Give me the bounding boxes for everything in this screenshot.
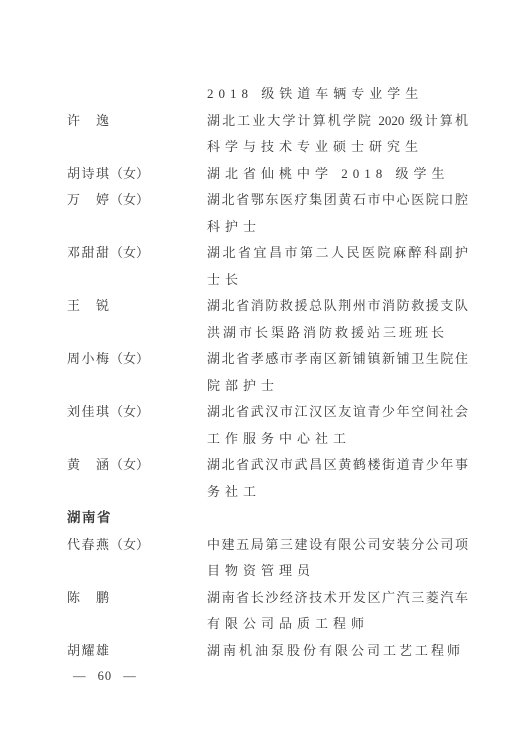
- person-name: 王锐: [67, 298, 109, 313]
- person-name: 胡诗琪: [67, 166, 109, 181]
- entry-row: 工作服务中心社工: [67, 431, 469, 458]
- gender-marker: （女）: [110, 351, 149, 366]
- name-column-cell: 邓甜甜 （女）: [67, 245, 207, 260]
- entry-row: 胡耀雄 湖南机油泵股份有限公司工艺工程师: [67, 643, 469, 670]
- entry-description-line: 2018 级铁道车辆专业学生: [207, 86, 468, 101]
- entry-description-line: 湖北省仙桃中学 2018 级学生: [207, 166, 468, 181]
- name-column-cell: 黄涵 （女）: [67, 457, 207, 472]
- person-name: 陈鹏: [67, 590, 109, 605]
- entry-description-line: 湖北省消防救援总队荆州市消防救援支队: [207, 298, 468, 313]
- gender-marker: （女）: [110, 192, 149, 207]
- person-name: 周小梅: [67, 351, 109, 366]
- entry-row: 周小梅 （女） 湖北省孝感市孝南区新铺镇新铺卫生院住: [67, 351, 469, 378]
- entry-description-line: 湖北省鄂东医疗集团黄石市中心医院口腔: [207, 192, 468, 207]
- name-column-cell: 许逸: [67, 113, 207, 128]
- entry-description-line: 有限公司品质工程师: [207, 616, 468, 631]
- person-name: 邓甜甜: [67, 245, 109, 260]
- name-column-cell: 陈鹏: [67, 590, 207, 605]
- entry-row: 许逸 湖北工业大学计算机学院 2020 级计算机: [67, 113, 469, 140]
- person-name: 刘佳琪: [67, 404, 109, 419]
- entry-description-line: 湖南机油泵股份有限公司工艺工程师: [207, 643, 468, 658]
- name-column-cell: 王锐: [67, 298, 207, 313]
- entry-description-line: 士长: [207, 272, 468, 287]
- entry-row: 务社工: [67, 484, 469, 511]
- name-column-cell: 胡耀雄: [67, 643, 207, 658]
- entry-row: 洪湖市长渠路消防救援站三班班长: [67, 325, 469, 352]
- entry-row: 邓甜甜 （女） 湖北省宜昌市第二人民医院麻醉科副护: [67, 245, 469, 272]
- entry-row: 王锐 湖北省消防救援总队荆州市消防救援支队: [67, 298, 469, 325]
- entry-description-line: 目物资管理员: [207, 563, 468, 578]
- entry-row: 陈鹏 湖南省长沙经济技术开发区广汽三菱汽车: [67, 590, 469, 617]
- name-column-cell: 万婷 （女）: [67, 192, 207, 207]
- page-number: — 60 —: [73, 669, 137, 683]
- gender-marker: （女）: [110, 245, 149, 260]
- name-column-cell: 刘佳琪 （女）: [67, 404, 207, 419]
- name-column-cell: 代春燕 （女）: [67, 537, 207, 552]
- name-column-cell: 胡诗琪 （女）: [67, 166, 207, 181]
- person-name: 胡耀雄: [67, 643, 109, 658]
- gender-marker: （女）: [110, 537, 149, 552]
- entry-row: 代春燕 （女） 中建五局第三建设有限公司安装分公司项: [67, 537, 469, 564]
- entry-description-line: 湖北省孝感市孝南区新铺镇新铺卫生院住: [207, 351, 468, 366]
- entry-row: 刘佳琪 （女） 湖北省武汉市江汉区友谊青少年空间社会: [67, 404, 469, 431]
- gender-marker: （女）: [110, 457, 149, 472]
- person-name: 黄涵: [67, 457, 109, 472]
- entry-description-line: 湖北省武汉市武昌区黄鹤楼街道青少年事: [207, 457, 468, 472]
- entry-row: 科护士: [67, 219, 469, 246]
- entry-row: 黄涵 （女） 湖北省武汉市武昌区黄鹤楼街道青少年事: [67, 457, 469, 484]
- entry-description-line: 院部护士: [207, 378, 468, 393]
- section-header-row: 湖南省: [67, 510, 469, 537]
- entry-description-line: 湖北省宜昌市第二人民医院麻醉科副护: [207, 245, 468, 260]
- document-page: 2018 级铁道车辆专业学生 许逸 湖北工业大学计算机学院 2020 级计算机 …: [0, 0, 530, 748]
- entry-description-line: 湖南省长沙经济技术开发区广汽三菱汽车: [207, 590, 468, 605]
- entry-description-line: 湖北省武汉市江汉区友谊青少年空间社会: [207, 404, 468, 419]
- person-name: 许逸: [67, 113, 109, 128]
- entry-row: 院部护士: [67, 378, 469, 405]
- person-name: 万婷: [67, 192, 109, 207]
- entry-description-line: 科学与技术专业硕士研究生: [207, 139, 468, 154]
- gender-marker: （女）: [110, 166, 149, 181]
- entry-description-line: 务社工: [207, 484, 468, 499]
- entries-list: 2018 级铁道车辆专业学生 许逸 湖北工业大学计算机学院 2020 级计算机 …: [67, 86, 469, 669]
- entry-row: 有限公司品质工程师: [67, 616, 469, 643]
- entry-row: 万婷 （女） 湖北省鄂东医疗集团黄石市中心医院口腔: [67, 192, 469, 219]
- entry-description-line: 工作服务中心社工: [207, 431, 468, 446]
- entry-description-line: 洪湖市长渠路消防救援站三班班长: [207, 325, 468, 340]
- entry-row: 科学与技术专业硕士研究生: [67, 139, 469, 166]
- person-name: 代春燕: [67, 537, 109, 552]
- section-heading: 湖南省: [67, 510, 112, 525]
- entry-row: 胡诗琪 （女） 湖北省仙桃中学 2018 级学生: [67, 166, 469, 193]
- entry-description-line: 科护士: [207, 219, 468, 234]
- entry-description-line: 中建五局第三建设有限公司安装分公司项: [207, 537, 468, 552]
- name-column-cell: 周小梅 （女）: [67, 351, 207, 366]
- entry-description-line: 湖北工业大学计算机学院 2020 级计算机: [207, 113, 468, 128]
- gender-marker: （女）: [110, 404, 149, 419]
- entry-row: 目物资管理员: [67, 563, 469, 590]
- entry-row: 2018 级铁道车辆专业学生: [67, 86, 469, 113]
- entry-row: 士长: [67, 272, 469, 299]
